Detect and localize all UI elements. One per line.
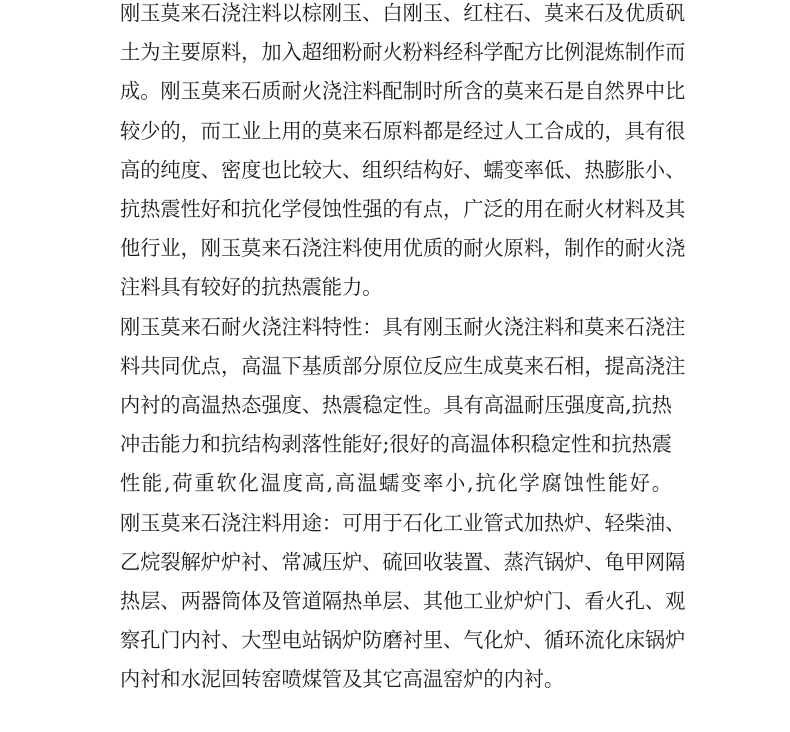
text-line: 较少的，而工业上用的莫来石原料都是经过人工合成的，具有很 — [120, 112, 672, 151]
text-line: 刚玉莫来石耐火浇注料特性：具有刚玉耐火浇注料和莫来石浇注 — [120, 308, 672, 347]
text-line: 抗热震性好和抗化学侵蚀性强的有点，广泛的用在耐火材料及其 — [120, 190, 672, 229]
document-body: 刚玉莫来石浇注料以棕刚玉、白刚玉、红柱石、莫来石及优质矾 土为主要原料，加入超细… — [120, 0, 672, 700]
text-line: 他行业，刚玉莫来石浇注料使用优质的耐火原料，制作的耐火浇 — [120, 229, 672, 268]
text-line: 性能,荷重软化温度高,高温蠕变率小,抗化学腐蚀性能好。 — [120, 464, 672, 503]
paragraph-applications: 刚玉莫来石浇注料用途：可用于石化工业管式加热炉、轻柴油、 乙烷裂解炉炉衬、常减压… — [120, 504, 672, 700]
paragraph-properties: 刚玉莫来石耐火浇注料特性：具有刚玉耐火浇注料和莫来石浇注 料共同优点，高温下基质… — [120, 308, 672, 504]
text-line: 成。刚玉莫来石质耐火浇注料配制时所含的莫来石是自然界中比 — [120, 72, 672, 111]
text-line: 土为主要原料，加入超细粉耐火粉料经科学配方比例混炼制作而 — [120, 33, 672, 72]
paragraph-intro: 刚玉莫来石浇注料以棕刚玉、白刚玉、红柱石、莫来石及优质矾 土为主要原料，加入超细… — [120, 0, 672, 308]
text-line: 察孔门内衬、大型电站锅炉防磨衬里、气化炉、循环流化床锅炉 — [120, 621, 672, 660]
text-line: 刚玉莫来石浇注料以棕刚玉、白刚玉、红柱石、莫来石及优质矾 — [120, 0, 672, 33]
text-line: 刚玉莫来石浇注料用途：可用于石化工业管式加热炉、轻柴油、 — [120, 504, 672, 543]
text-line: 注料具有较好的抗热震能力。 — [120, 268, 672, 307]
text-line: 内衬的高温热态强度、热震稳定性。具有高温耐压强度高,抗热 — [120, 386, 672, 425]
text-line: 冲击能力和抗结构剥落性能好;很好的高温体积稳定性和抗热震 — [120, 425, 672, 464]
text-line: 乙烷裂解炉炉衬、常减压炉、硫回收装置、蒸汽锅炉、龟甲网隔 — [120, 543, 672, 582]
text-line: 内衬和水泥回转窑喷煤管及其它高温窑炉的内衬。 — [120, 660, 672, 699]
text-line: 热层、两器筒体及管道隔热单层、其他工业炉炉门、看火孔、观 — [120, 582, 672, 621]
text-line: 料共同优点，高温下基质部分原位反应生成莫来石相，提高浇注 — [120, 347, 672, 386]
text-line: 高的纯度、密度也比较大、组织结构好、蠕变率低、热膨胀小、 — [120, 151, 672, 190]
